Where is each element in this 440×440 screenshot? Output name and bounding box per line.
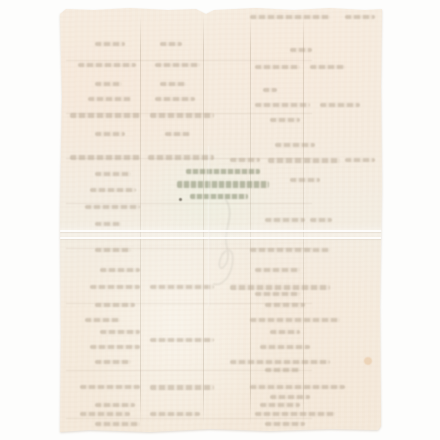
ghost-text-mark bbox=[265, 218, 305, 222]
ghost-text-mark bbox=[310, 218, 332, 222]
ghost-text-mark bbox=[265, 422, 305, 426]
scanner-background bbox=[0, 0, 440, 440]
ghost-text-mark bbox=[250, 385, 345, 389]
paper-sheet bbox=[60, 6, 382, 433]
ghost-text-mark bbox=[263, 88, 277, 92]
ghost-text-mark bbox=[95, 403, 135, 407]
ghost-text-mark bbox=[100, 268, 140, 272]
ghost-text-mark bbox=[78, 63, 136, 67]
ghost-text-mark bbox=[100, 330, 140, 334]
ghost-text-mark bbox=[80, 385, 140, 389]
ghost-text-mark bbox=[90, 345, 140, 349]
ghost-text-mark bbox=[290, 178, 320, 182]
ghost-table-row-line bbox=[66, 60, 312, 61]
ghost-text-mark bbox=[150, 412, 200, 416]
ghost-text-mark bbox=[310, 65, 345, 69]
ghost-text-mark bbox=[275, 143, 315, 147]
ghost-text-mark bbox=[265, 368, 300, 372]
ghost-text-mark bbox=[95, 172, 131, 176]
fold-crease-line bbox=[60, 230, 382, 232]
ghost-text-mark bbox=[270, 395, 310, 399]
ghost-text-mark bbox=[160, 82, 186, 86]
ghost-text-mark bbox=[95, 303, 135, 307]
ghost-text-mark bbox=[70, 113, 140, 118]
ghost-text-mark bbox=[150, 385, 214, 390]
paper-surface bbox=[60, 6, 382, 433]
ghost-text-mark bbox=[95, 82, 122, 86]
ghost-signature-squiggle bbox=[192, 196, 262, 291]
fold-crease-band bbox=[60, 224, 382, 242]
ghost-text-mark bbox=[165, 132, 190, 136]
ghost-text-mark bbox=[255, 292, 300, 296]
ghost-text-mark bbox=[85, 318, 120, 322]
ghost-text-mark bbox=[345, 158, 375, 162]
ghost-text-mark bbox=[90, 285, 140, 289]
ghost-text-mark bbox=[95, 248, 131, 252]
ghost-text-mark bbox=[320, 103, 360, 107]
ghost-text-mark bbox=[345, 15, 375, 19]
ghost-text-mark bbox=[160, 42, 182, 46]
ghost-text-mark bbox=[95, 42, 125, 46]
fold-crease-line bbox=[60, 237, 382, 239]
ghost-text-mark bbox=[230, 158, 260, 162]
ghost-text-mark bbox=[70, 155, 140, 160]
ghost-stamp-text bbox=[186, 169, 260, 174]
ghost-text-mark bbox=[255, 412, 335, 416]
ghost-text-mark bbox=[95, 360, 131, 364]
ghost-text-mark bbox=[88, 97, 131, 101]
ghost-text-mark bbox=[270, 118, 300, 122]
ghost-text-mark bbox=[150, 113, 214, 118]
ghost-text-mark bbox=[268, 158, 340, 163]
vertical-crease bbox=[208, 146, 210, 306]
ghost-table-row-line bbox=[66, 418, 312, 419]
ghost-text-mark bbox=[95, 422, 140, 426]
ghost-text-mark bbox=[95, 132, 125, 136]
ghost-text-mark bbox=[90, 188, 136, 192]
ghost-text-mark bbox=[250, 248, 330, 252]
ghost-text-mark bbox=[265, 303, 305, 307]
ghost-text-mark bbox=[155, 63, 200, 67]
ghost-text-mark bbox=[250, 318, 340, 322]
ghost-text-mark bbox=[155, 97, 195, 101]
ghost-text-mark bbox=[230, 360, 330, 364]
ghost-text-mark bbox=[290, 48, 312, 52]
ghost-text-mark bbox=[148, 155, 214, 160]
ghost-text-mark bbox=[260, 403, 300, 407]
paper-speck bbox=[364, 357, 372, 365]
ghost-text-mark bbox=[250, 15, 330, 19]
paper-speck bbox=[179, 198, 182, 201]
ghost-text-mark bbox=[255, 103, 310, 107]
ghost-text-mark bbox=[255, 65, 300, 69]
ghost-text-mark bbox=[270, 330, 300, 334]
ghost-table-row-line bbox=[66, 203, 312, 204]
ghost-text-mark bbox=[80, 412, 130, 416]
ghost-table-column-line bbox=[140, 16, 141, 424]
ghost-text-mark bbox=[150, 338, 214, 342]
ghost-stamp-text bbox=[177, 181, 269, 188]
ghost-text-mark bbox=[260, 345, 310, 349]
ghost-text-mark bbox=[85, 205, 140, 209]
